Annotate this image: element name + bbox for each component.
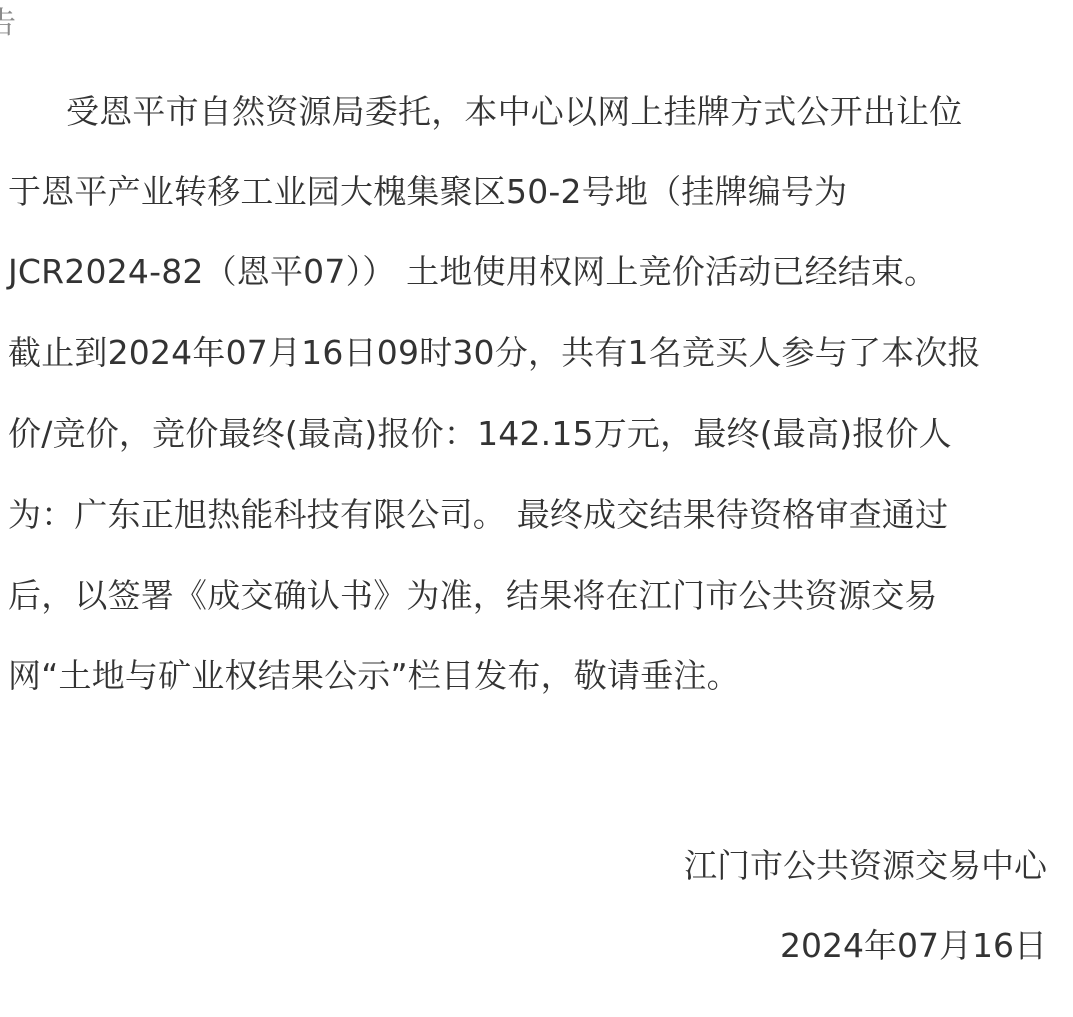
- paragraph-line: JCR2024-82（恩平07）） 土地使用权网上竞价活动已经结束。: [8, 250, 937, 294]
- paragraph-line: 截止到2024年07月16日09时30分，共有1名竞买人参与了本次报: [8, 331, 981, 375]
- signature-date: 2024年07月16日: [780, 924, 1047, 968]
- paragraph-line: 为：广东正旭热能科技有限公司。 最终成交结果待资格审查通过: [8, 493, 948, 537]
- signature-organization: 江门市公共资源交易中心: [684, 844, 1047, 888]
- paragraph-line: 受恩平市自然资源局委托，本中心以网上挂牌方式公开出让位: [66, 90, 962, 134]
- paragraph-line: 于恩平产业转移工业园大槐集聚区50-2号地（挂牌编号为: [8, 170, 847, 214]
- paragraph-line: 网“土地与矿业权结果公示”栏目发布，敬请垂注。: [8, 654, 740, 698]
- page-title-fragment: 告: [0, 4, 16, 44]
- paragraph-line: 后，以签署《成交确认书》为准，结果将在江门市公共资源交易: [8, 574, 938, 618]
- paragraph-line: 价/竞价，竞价最终(最高)报价：142.15万元，最终(最高)报价人: [8, 412, 952, 456]
